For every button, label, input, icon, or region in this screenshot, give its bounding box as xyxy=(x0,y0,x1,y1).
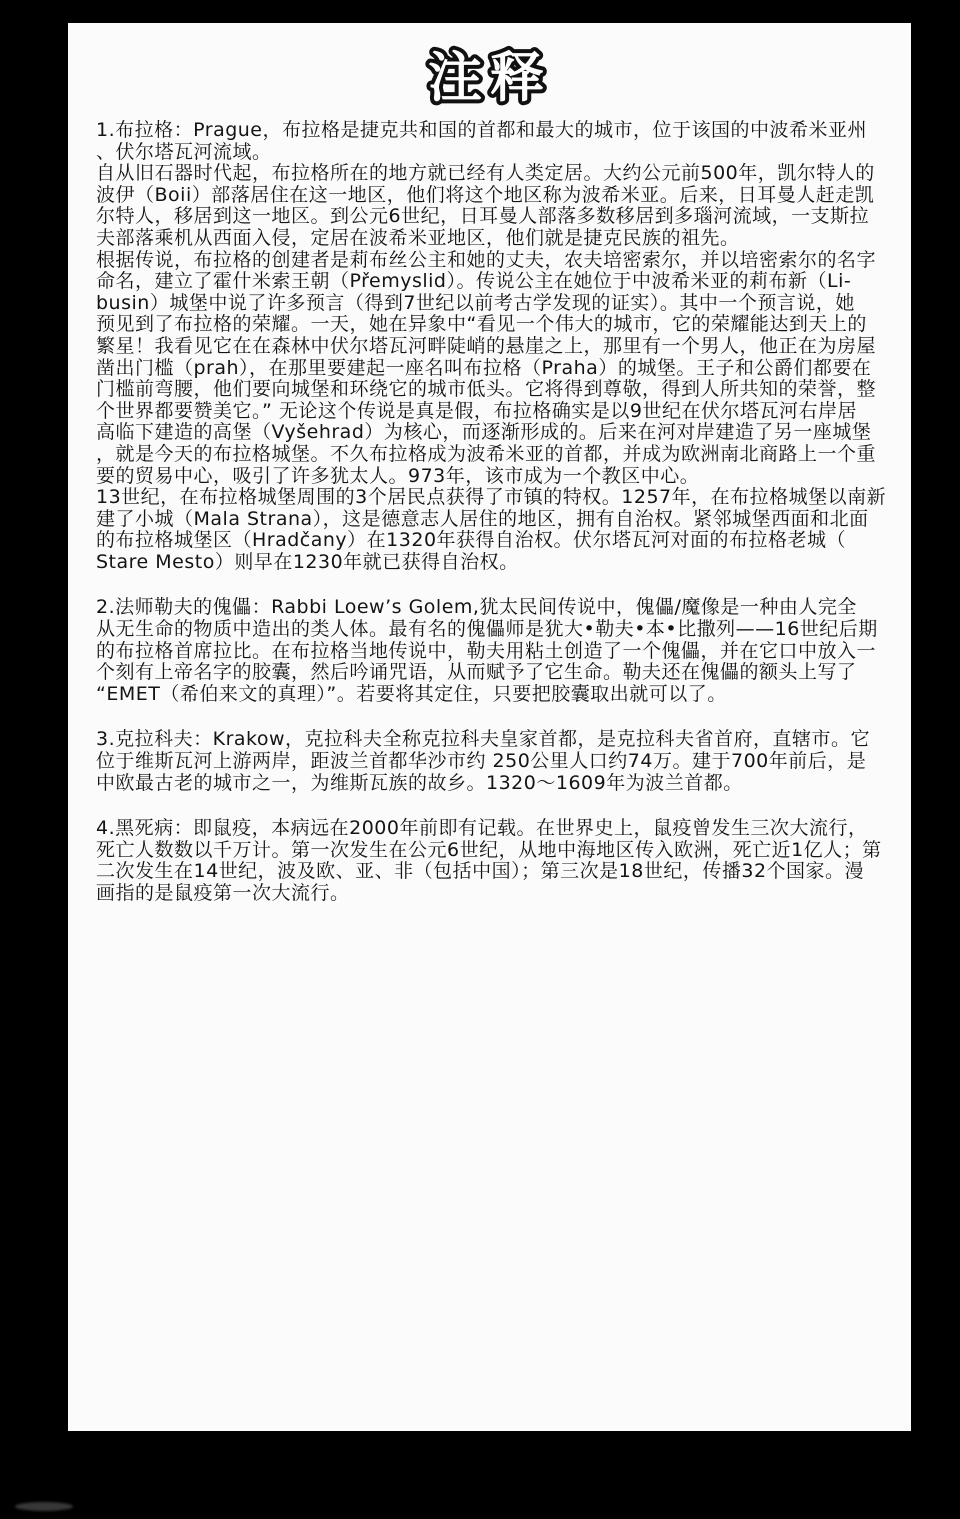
text-line: 13世纪，在布拉格城堡周围的3个居民点获得了市镇的特权。1257年，在布拉格城堡… xyxy=(96,487,891,509)
text-line: 位于维斯瓦河上游两岸，距波兰首都华沙市约 250公里人口约74万。建于700年前… xyxy=(96,751,891,773)
text-line: 2.法师勒夫的傀儡：Rabbi Loew’s Golem,犹太民间传说中，傀儡/… xyxy=(96,597,891,619)
text-line: 个世界都要赞美它。” 无论这个传说是真是假，布拉格确实是以9世纪在伏尔塔瓦河右岸… xyxy=(96,401,891,423)
text-line: 二次发生在14世纪，波及欧、亚、非（包括中国）；第三次是18世纪，传播32个国家… xyxy=(96,861,891,883)
text-line: 繁星！我看见它在在森林中伏尔塔瓦河畔陡峭的悬崖之上，那里有一个男人，他正在为房屋 xyxy=(96,336,891,358)
text-line: 4.黑死病：即鼠疫，本病远在2000年前即有记载。在世界史上，鼠疫曾发生三次大流… xyxy=(96,818,891,840)
note-section-prague: 1.布拉格：Prague，布拉格是捷克共和国的首都和最大的城市，位于该国的中波希… xyxy=(96,120,891,573)
text-line: 个刻有上帝名字的胶囊，然后吟诵咒语，从而赋予了它生命。勒夫还在傀儡的额头上写了 xyxy=(96,662,891,684)
scan-artifact xyxy=(15,1502,73,1511)
scan-background: 注释 1.布拉格：Prague，布拉格是捷克共和国的首都和最大的城市，位于该国的… xyxy=(0,0,960,1519)
note-section-black-death: 4.黑死病：即鼠疫，本病远在2000年前即有记载。在世界史上，鼠疫曾发生三次大流… xyxy=(96,818,891,904)
text-line: 的布拉格首席拉比。在布拉格当地传说中，勒夫用粘土创造了一个傀儡，并在它口中放入一 xyxy=(96,641,891,663)
notes-body: 1.布拉格：Prague，布拉格是捷克共和国的首都和最大的城市，位于该国的中波希… xyxy=(68,120,911,905)
page-title-text: 注释 xyxy=(428,46,552,107)
text-line: 3.克拉科夫：Krakow，克拉科夫全称克拉科夫皇家首都，是克拉科夫省首府，直辖… xyxy=(96,729,891,751)
text-line: Stare Mesto）则早在1230年就已获得自治权。 xyxy=(96,552,891,574)
page-title: 注释 xyxy=(68,45,911,111)
notes-page: 注释 1.布拉格：Prague，布拉格是捷克共和国的首都和最大的城市，位于该国的… xyxy=(68,23,911,1431)
text-line: 的布拉格城堡区（Hradčany）在1320年获得自治权。伏尔塔瓦河对面的布拉格… xyxy=(96,530,891,552)
text-line: 要的贸易中心，吸引了许多犹太人。973年，该市成为一个教区中心。 xyxy=(96,466,891,488)
page-title-svg: 注释 xyxy=(340,45,640,107)
text-line: 自从旧石器时代起，布拉格所在的地方就已经有人类定居。大约公元前500年，凯尔特人… xyxy=(96,163,891,185)
text-line: ，就是今天的布拉格城堡。不久布拉格成为波希米亚的首都，并成为欧洲南北商路上一个重 xyxy=(96,444,891,466)
text-line: 夫部落乘机从西面入侵，定居在波希米亚地区，他们就是捷克民族的祖先。 xyxy=(96,228,891,250)
text-line: 命名，建立了霍什米索王朝（Přemyslid）。传说公主在她位于中波希米亚的莉布… xyxy=(96,271,891,293)
text-line: 高临下建造的高堡（Vyšehrad）为核心，而逐渐形成的。后来在河对岸建造了另一… xyxy=(96,422,891,444)
text-line: 1.布拉格：Prague，布拉格是捷克共和国的首都和最大的城市，位于该国的中波希… xyxy=(96,120,891,142)
text-line: 画指的是鼠疫第一次大流行。 xyxy=(96,883,891,905)
text-line: 、伏尔塔瓦河流域。 xyxy=(96,142,891,164)
text-line: 尔特人，移居到这一地区。到公元6世纪，日耳曼人部落多数移居到多瑙河流域，一支斯拉 xyxy=(96,206,891,228)
text-line: 预见到了布拉格的荣耀。一天，她在异象中“看见一个伟大的城市，它的荣耀能达到天上的 xyxy=(96,314,891,336)
text-line: 波伊（Boii）部落居住在这一地区，他们将这个地区称为波希米亚。后来，日耳曼人赶… xyxy=(96,185,891,207)
text-line: 建了小城（Mala Strana），这是德意志人居住的地区，拥有自治权。紧邻城堡… xyxy=(96,509,891,531)
note-section-krakow: 3.克拉科夫：Krakow，克拉科夫全称克拉科夫皇家首都，是克拉科夫省首府，直辖… xyxy=(96,729,891,794)
text-line: 门槛前弯腰，他们要向城堡和环绕它的城市低头。它将得到尊敬，得到人所共知的荣誉，整 xyxy=(96,379,891,401)
text-line: 根据传说，布拉格的创建者是莉布丝公主和她的丈夫，农夫培密索尔，并以培密索尔的名字 xyxy=(96,250,891,272)
text-line: 死亡人数数以千万计。第一次发生在公元6世纪，从地中海地区传入欧洲，死亡近1亿人；… xyxy=(96,840,891,862)
text-line: “EMET（希伯来文的真理）”。若要将其定住，只要把胶囊取出就可以了。 xyxy=(96,684,891,706)
text-line: 凿出门槛（prah），在那里要建起一座名叫布拉格（Praha）的城堡。王子和公爵… xyxy=(96,358,891,380)
note-section-golem: 2.法师勒夫的傀儡：Rabbi Loew’s Golem,犹太民间传说中，傀儡/… xyxy=(96,597,891,705)
text-line: 从无生命的物质中造出的类人体。最有名的傀儡师是犹大•勒夫•本•比撒列——16世纪… xyxy=(96,619,891,641)
text-line: 中欧最古老的城市之一，为维斯瓦族的故乡。1320～1609年为波兰首都。 xyxy=(96,773,891,795)
text-line: busin）城堡中说了许多预言（得到7世纪以前考古学发现的证实）。其中一个预言说… xyxy=(96,293,891,315)
